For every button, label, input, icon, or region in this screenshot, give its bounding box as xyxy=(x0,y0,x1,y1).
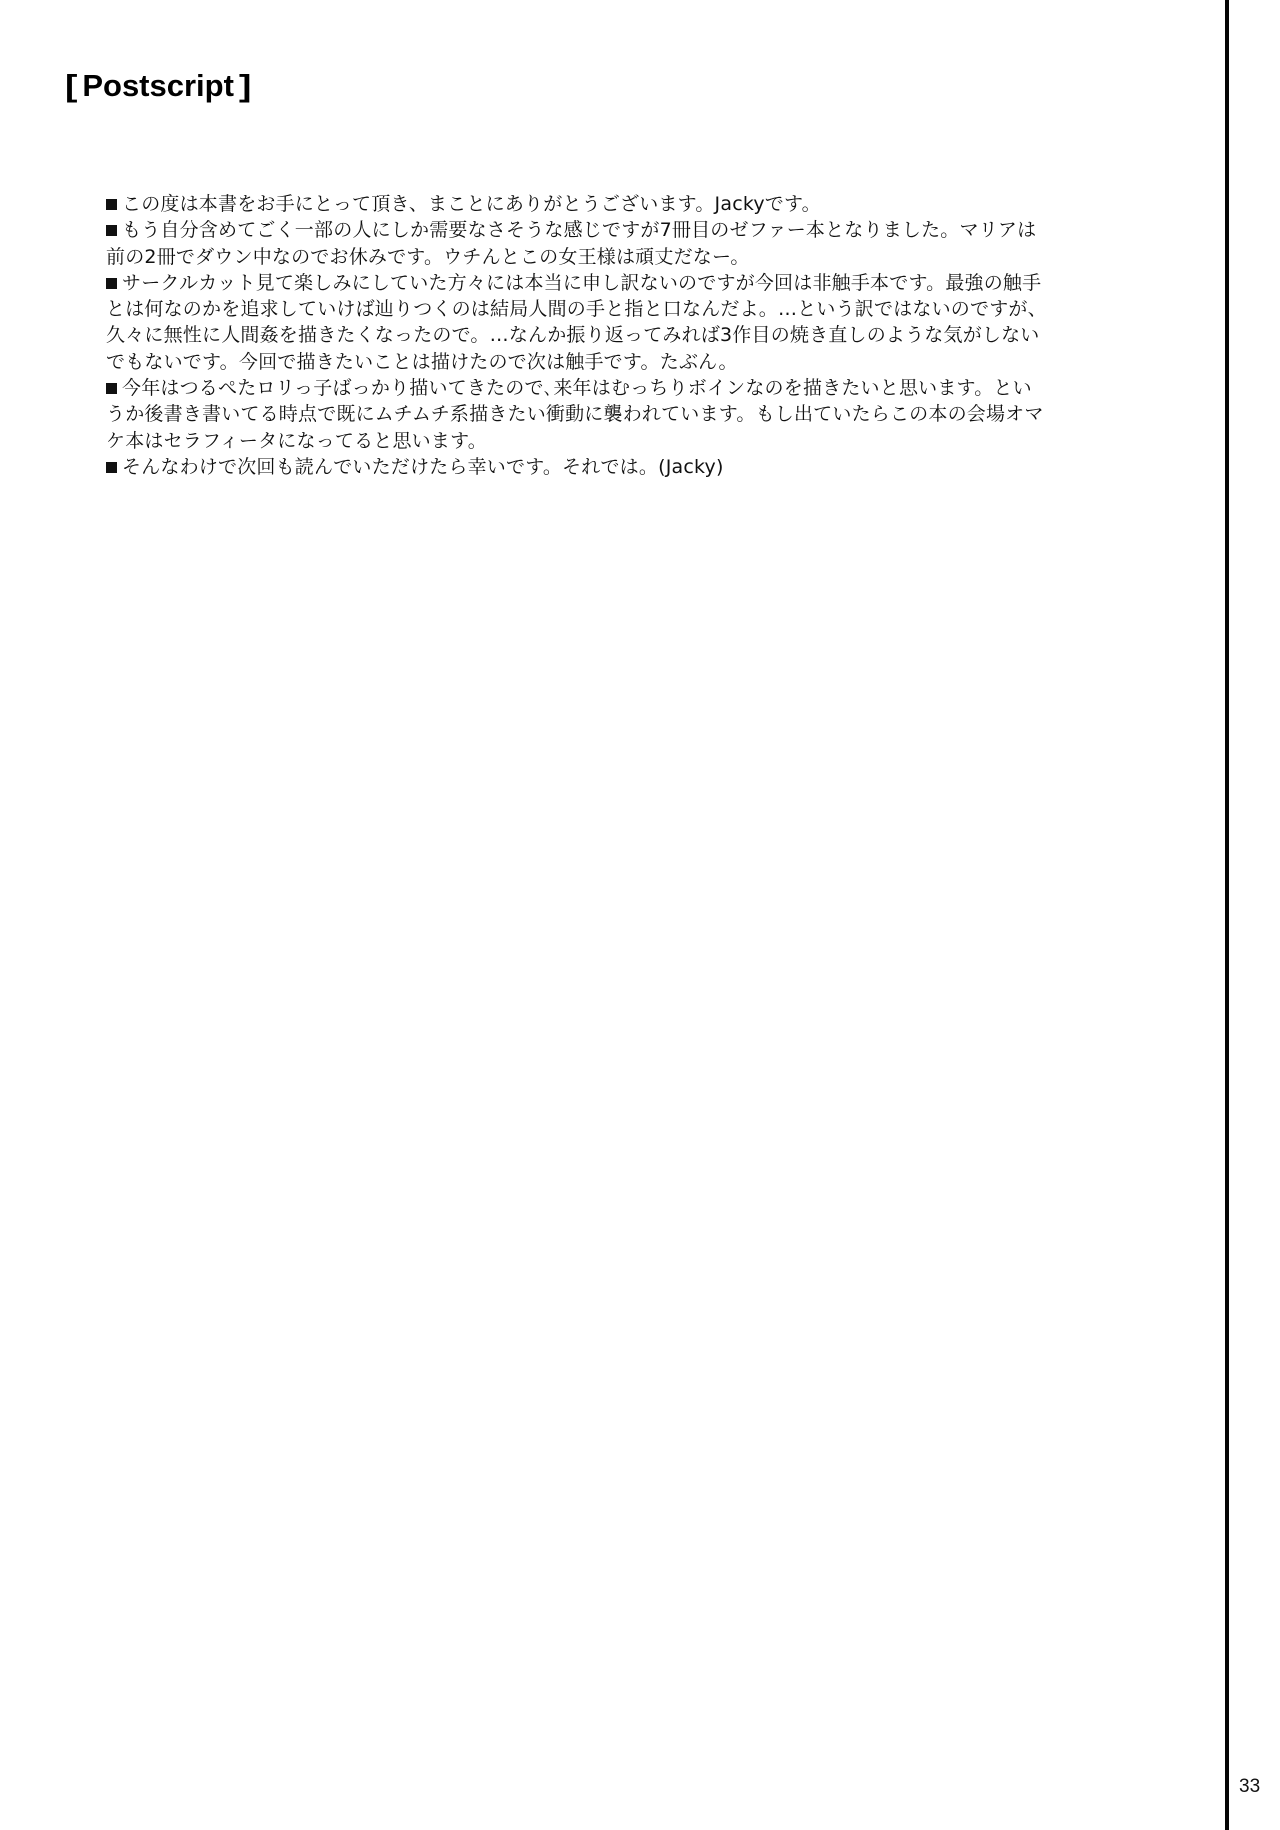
text-line: 前の2冊でダウン中なのでお休みです。ウチんとこの女王様は頑丈だなー。 xyxy=(106,244,1106,270)
text-line: でもないです。今回で描きたいことは描けたので次は触手です。たぶん。 xyxy=(106,349,1106,375)
page-title: [Postscript] xyxy=(66,66,250,106)
square-bullet-icon xyxy=(106,225,117,236)
line-text: 今年はつるぺたロリっ子ばっかり描いてきたので､来年はむっちりボインなのを描きたい… xyxy=(122,377,1032,399)
line-text: この度は本書をお手にとって頂き、まことにありがとうございます。Jackyです。 xyxy=(122,193,821,215)
square-bullet-icon xyxy=(106,383,117,394)
text-line: 今年はつるぺたロリっ子ばっかり描いてきたので､来年はむっちりボインなのを描きたい… xyxy=(106,375,1106,401)
text-line: 久々に無性に人間姦を描きたくなったので。…なんか振り返ってみれば3作目の焼き直し… xyxy=(106,322,1106,348)
line-text: ケ本はセラフィータになってると思います。 xyxy=(106,430,487,452)
title-open-bracket: [ xyxy=(65,66,77,106)
line-text: もう自分含めてごく一部の人にしか需要なさそうな感じですが7冊目のゼファー本となり… xyxy=(122,219,1036,241)
text-line: そんなわけで次回も読んでいただけたら幸いです。それでは。(Jacky) xyxy=(106,454,1106,480)
line-text: サークルカット見て楽しみにしていた方々には本当に申し訳ないのですが今回は非触手本… xyxy=(122,272,1041,294)
square-bullet-icon xyxy=(106,462,117,473)
postscript-body: この度は本書をお手にとって頂き、まことにありがとうございます。Jackyです。 … xyxy=(106,191,1106,480)
line-text: でもないです。今回で描きたいことは描けたので次は触手です。たぶん。 xyxy=(106,351,738,373)
square-bullet-icon xyxy=(106,199,117,210)
text-line: この度は本書をお手にとって頂き、まことにありがとうございます。Jackyです。 xyxy=(106,191,1106,217)
square-bullet-icon xyxy=(106,278,117,289)
line-text: そんなわけで次回も読んでいただけたら幸いです。それでは。(Jacky) xyxy=(122,456,724,478)
vertical-margin-rule xyxy=(1225,0,1229,1830)
line-text: 前の2冊でダウン中なのでお休みです。ウチんとこの女王様は頑丈だなー。 xyxy=(106,246,750,268)
line-text: 久々に無性に人間姦を描きたくなったので。…なんか振り返ってみれば3作目の焼き直し… xyxy=(106,324,1040,346)
text-line: うか後書き書いてる時点で既にムチムチ系描きたい衝動に襲われています。もし出ていた… xyxy=(106,401,1106,427)
line-text: とは何なのかを追求していけば辿りつくのは結局人間の手と指と口なんだよ。…という訳… xyxy=(106,298,1047,320)
page-number: 33 xyxy=(1239,1776,1260,1798)
line-text: うか後書き書いてる時点で既にムチムチ系描きたい衝動に襲われています。もし出ていた… xyxy=(106,403,1044,425)
title-close-bracket: ] xyxy=(239,66,251,106)
text-line: サークルカット見て楽しみにしていた方々には本当に申し訳ないのですが今回は非触手本… xyxy=(106,270,1106,296)
text-line: とは何なのかを追求していけば辿りつくのは結局人間の手と指と口なんだよ。…という訳… xyxy=(106,296,1106,322)
title-text: Postscript xyxy=(82,68,234,103)
text-line: もう自分含めてごく一部の人にしか需要なさそうな感じですが7冊目のゼファー本となり… xyxy=(106,217,1106,243)
text-line: ケ本はセラフィータになってると思います。 xyxy=(106,428,1106,454)
